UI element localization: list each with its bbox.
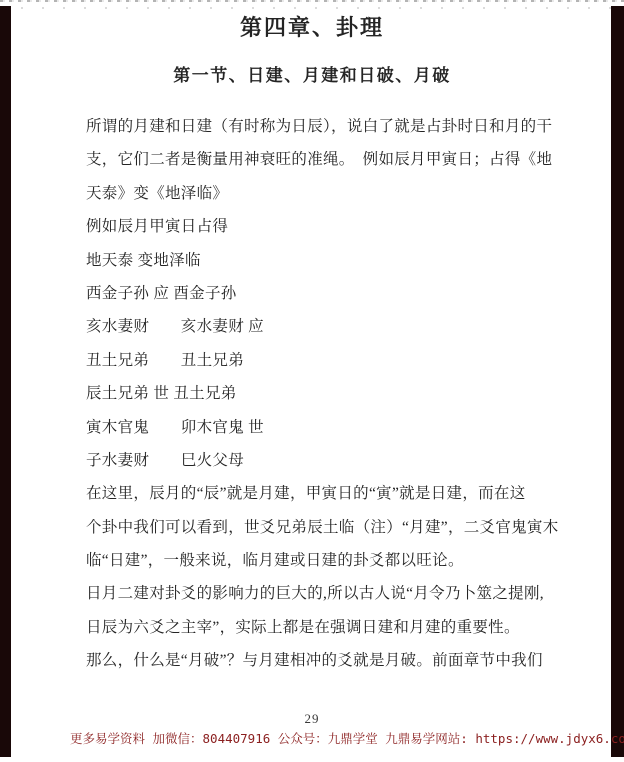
watermark-footer: 更多易学资料 加微信：804407916 公众号：九鼎学堂 九鼎易学网站: ht… xyxy=(70,730,618,747)
body-line: 天泰》变《地泽临》 xyxy=(86,177,586,210)
body-line: 在这里，辰月的“辰”就是月建，甲寅日的“寅”就是日建，而在这 xyxy=(86,477,586,510)
body-line: 日月二建对卦爻的影响力的巨大的,所以古人说“月令乃卜筮之提刚, xyxy=(86,577,586,610)
page-number: 29 xyxy=(0,711,624,727)
section-title: 第一节、日建、月建和日破、月破 xyxy=(0,61,624,86)
hexagram-line: 寅木官鬼 卯木官鬼 世 xyxy=(86,411,586,444)
scan-edge-bar-left xyxy=(0,6,11,757)
hexagram-line: 辰土兄弟 世 丑土兄弟 xyxy=(86,377,586,410)
scanned-document-page: 第四章、卦理 第一节、日建、月建和日破、月破 所谓的月建和日建（有时称为日辰），… xyxy=(0,0,624,762)
body-line: 临“日建”，一般来说，临月建或日建的卦爻都以旺论。 xyxy=(86,544,586,577)
body-line: 那么，什么是“月破”？与月建相冲的爻就是月破。前面章节中我们 xyxy=(86,644,586,677)
scan-edge-bar-right xyxy=(611,6,624,757)
hexagram-line: 西金子孙 应 酉金子孙 xyxy=(86,277,586,310)
scan-noise-top-secondary xyxy=(0,7,624,9)
hexagram-line: 丑土兄弟 丑土兄弟 xyxy=(86,344,586,377)
body-text-block: 所谓的月建和日建（有时称为日辰），说白了就是占卦时日和月的干 支，它们二者是衡量… xyxy=(86,110,586,678)
body-line: 日辰为六爻之主宰”，实际上都是在强调日建和月建的重要性。 xyxy=(86,611,586,644)
scan-noise-top xyxy=(0,0,624,2)
chapter-title: 第四章、卦理 xyxy=(0,11,624,42)
body-line: 支，它们二者是衡量用神衰旺的准绳。 例如辰月甲寅日；占得《地 xyxy=(86,143,586,176)
hexagram-line: 子水妻财 巳火父母 xyxy=(86,444,586,477)
body-line: 例如辰月甲寅日占得 xyxy=(86,210,586,243)
hexagram-line: 亥水妻财 亥水妻财 应 xyxy=(86,310,586,343)
body-line: 所谓的月建和日建（有时称为日辰），说白了就是占卦时日和月的干 xyxy=(86,110,586,143)
body-line: 地天泰 变地泽临 xyxy=(86,244,586,277)
body-line: 个卦中我们可以看到，世爻兄弟辰土临（注）“月建”，二爻官鬼寅木 xyxy=(86,511,586,544)
